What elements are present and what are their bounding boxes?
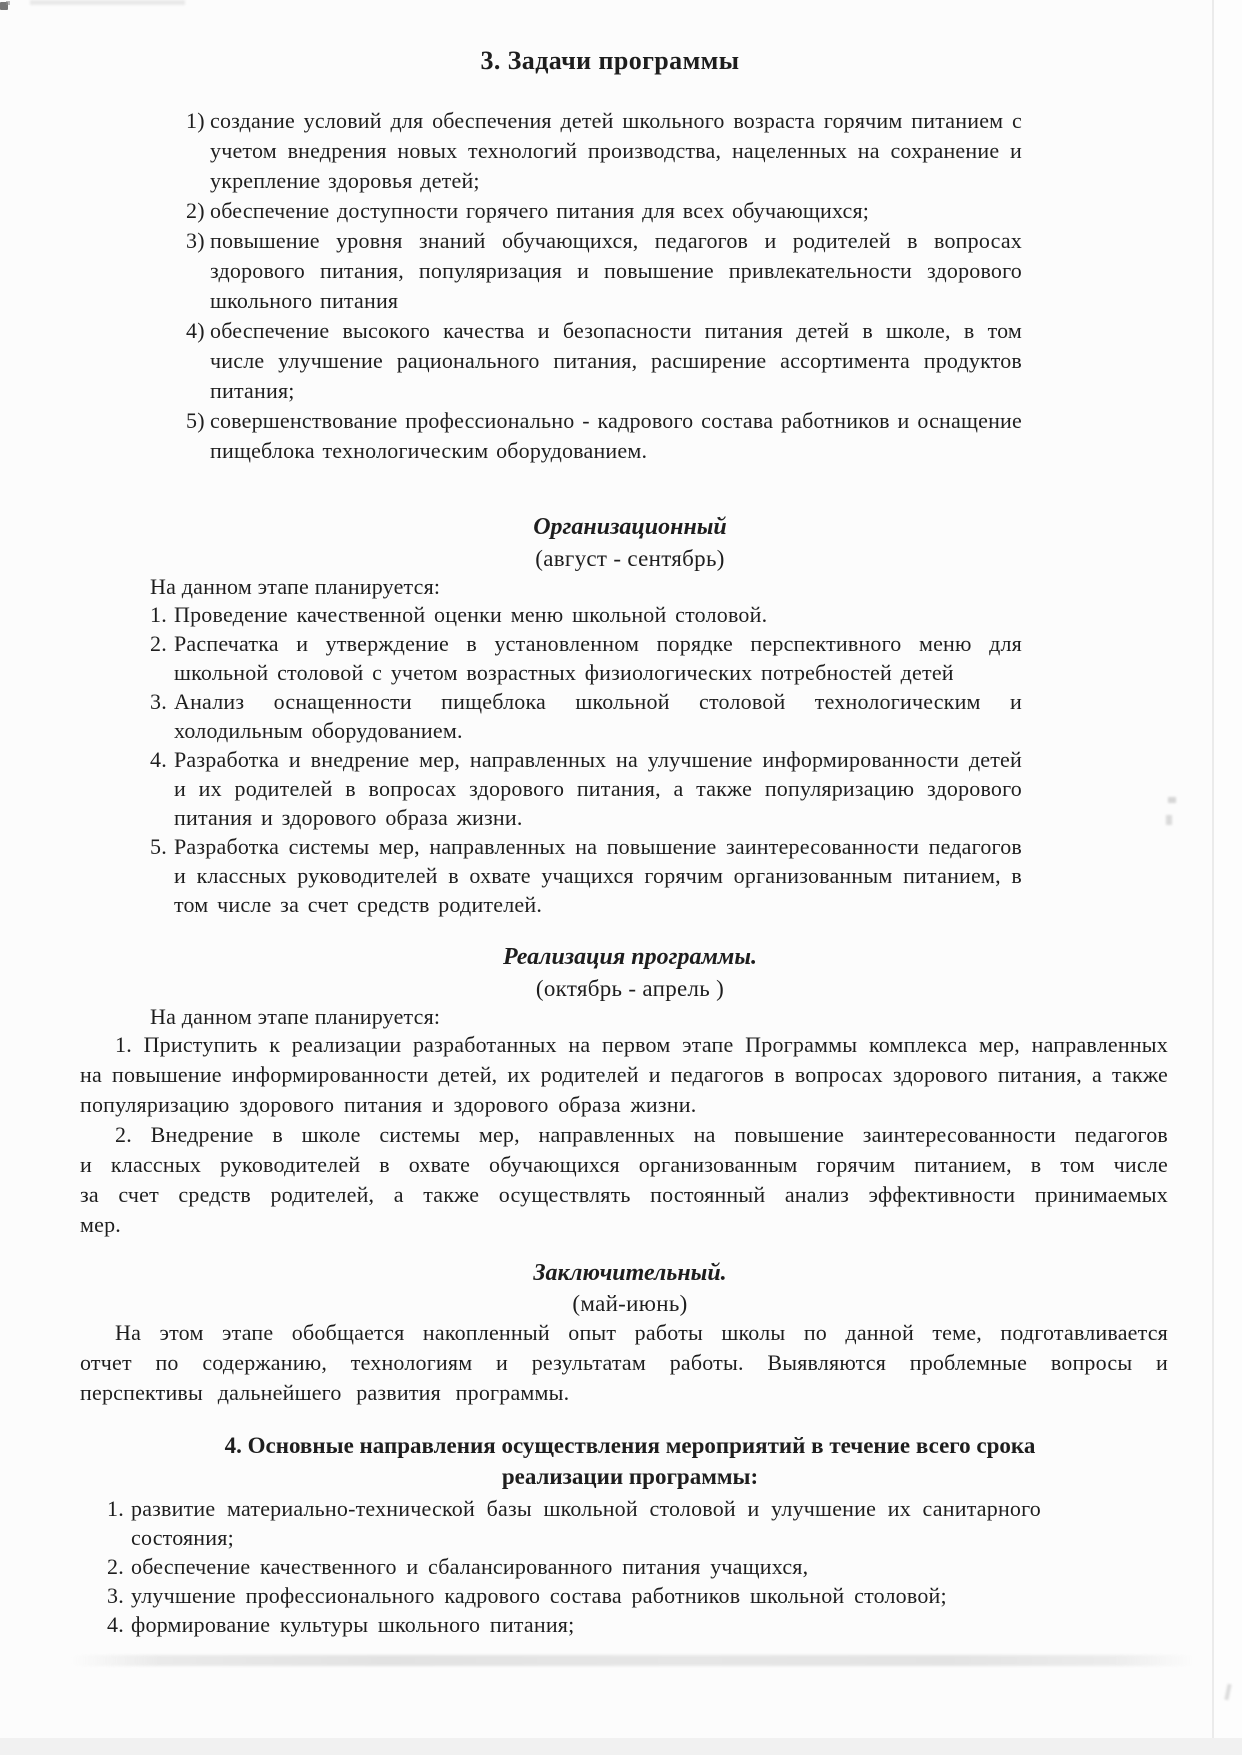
task-item: 4) обеспечение высокого качества и безоп… xyxy=(186,316,1022,406)
list-item-number: 1. xyxy=(107,1494,124,1523)
task-text: совершенствование профессионально - кадр… xyxy=(210,408,1022,463)
list-item-number: 3. xyxy=(107,1581,124,1610)
list-item-text: Разработка системы мер, направленных на … xyxy=(174,834,1022,917)
task-number: 3) xyxy=(186,226,205,256)
task-number: 5) xyxy=(186,406,205,436)
paragraph: 1. Приступить к реализации разработанных… xyxy=(80,1030,1168,1120)
list-item-number: 2. xyxy=(150,629,167,658)
list-item-text: Анализ оснащенности пищеблока школьной с… xyxy=(174,689,1022,743)
task-text: обеспечение высокого качества и безопасн… xyxy=(210,318,1022,403)
list-item: 3. улучшение профессионального кадрового… xyxy=(107,1581,1041,1610)
list-item-text: Распечатка и утверждение в установленном… xyxy=(174,631,1022,685)
task-item: 1) создание условий для обеспечения дете… xyxy=(186,106,1022,196)
stage3-period: (май-июнь) xyxy=(80,1291,1180,1317)
list-item: 5. Разработка системы мер, направленных … xyxy=(150,832,1022,919)
paragraph: На этом этапе обобщается накопленный опы… xyxy=(80,1318,1168,1408)
task-number: 2) xyxy=(186,196,205,226)
stage1-period: (август - сентябрь) xyxy=(80,546,1180,572)
list-item-text: развитие материально-технической базы шк… xyxy=(131,1496,1041,1550)
task-text: создание условий для обеспечения детей ш… xyxy=(210,108,1022,193)
final-section-title: 4. Основные направления осуществления ме… xyxy=(80,1430,1180,1492)
scan-speck xyxy=(1168,797,1176,803)
task-item: 2) обеспечение доступности горячего пита… xyxy=(186,196,1022,226)
scan-speck xyxy=(1166,815,1172,825)
list-item-number: 2. xyxy=(107,1552,124,1581)
list-item-number: 1. xyxy=(150,600,167,629)
list-item-text: Проведение качественной оценки меню школ… xyxy=(174,602,767,627)
stage1-list: 1. Проведение качественной оценки меню ш… xyxy=(150,600,1022,919)
list-item-number: 4. xyxy=(150,745,167,774)
scan-bottom-strip xyxy=(0,1738,1242,1755)
stage2-period: (октябрь - апрель ) xyxy=(80,976,1180,1002)
scan-artifact-topleft xyxy=(6,1,10,5)
paragraph: 2. Внедрение в школе системы мер, направ… xyxy=(80,1120,1168,1240)
list-item: 4. Разработка и внедрение мер, направлен… xyxy=(150,745,1022,832)
list-item-number: 3. xyxy=(150,687,167,716)
list-item: 2. обеспечение качественного и сбалансир… xyxy=(107,1552,1041,1581)
list-item-text: формирование культуры школьного питания; xyxy=(131,1612,574,1637)
scanned-document-page: 3. Задачи программы 1) создание условий … xyxy=(0,0,1242,1755)
stage3-heading: Заключительный. xyxy=(80,1260,1180,1287)
list-item-number: 5. xyxy=(150,832,167,861)
task-number: 1) xyxy=(186,106,205,136)
list-item-number: 4. xyxy=(107,1610,124,1639)
list-item: 1. развитие материально-технической базы… xyxy=(107,1494,1041,1552)
task-item: 5) совершенствование профессионально - к… xyxy=(186,406,1022,466)
stage2-heading: Реализация программы. xyxy=(80,944,1180,971)
list-item: 3. Анализ оснащенности пищеблока школьно… xyxy=(150,687,1022,745)
scan-smudge-top xyxy=(30,0,185,5)
stage1-intro: На данном этапе планируется: xyxy=(150,572,850,602)
stage2-intro: На данном этапе планируется: xyxy=(150,1002,850,1032)
final-section-title-text: 4. Основные направления осуществления ме… xyxy=(185,1430,1075,1492)
task-item: 3) повышение уровня знаний обучающихся, … xyxy=(186,226,1022,316)
scan-page-edge-area xyxy=(1214,0,1242,1755)
list-item: 4. формирование культуры школьного питан… xyxy=(107,1610,1041,1639)
task-text: повышение уровня знаний обучающихся, пед… xyxy=(210,228,1022,313)
list-item-text: улучшение профессионального кадрового со… xyxy=(131,1583,947,1608)
task-number: 4) xyxy=(186,316,205,346)
list-item-text: обеспечение качественного и сбалансирова… xyxy=(131,1554,808,1579)
scan-page-edge-line xyxy=(1212,0,1214,1755)
list-item-text: Разработка и внедрение мер, направленных… xyxy=(174,747,1022,830)
task-text: обеспечение доступности горячего питания… xyxy=(210,198,869,223)
list-item: 2. Распечатка и утверждение в установлен… xyxy=(150,629,1022,687)
final-list: 1. развитие материально-технической базы… xyxy=(107,1494,1041,1639)
scan-smudge-band xyxy=(70,1655,1195,1666)
tasks-list: 1) создание условий для обеспечения дете… xyxy=(186,106,1022,466)
list-item: 1. Проведение качественной оценки меню ш… xyxy=(150,600,1022,629)
stage1-heading: Организационный xyxy=(80,514,1180,541)
document-title: 3. Задачи программы xyxy=(80,46,1140,76)
